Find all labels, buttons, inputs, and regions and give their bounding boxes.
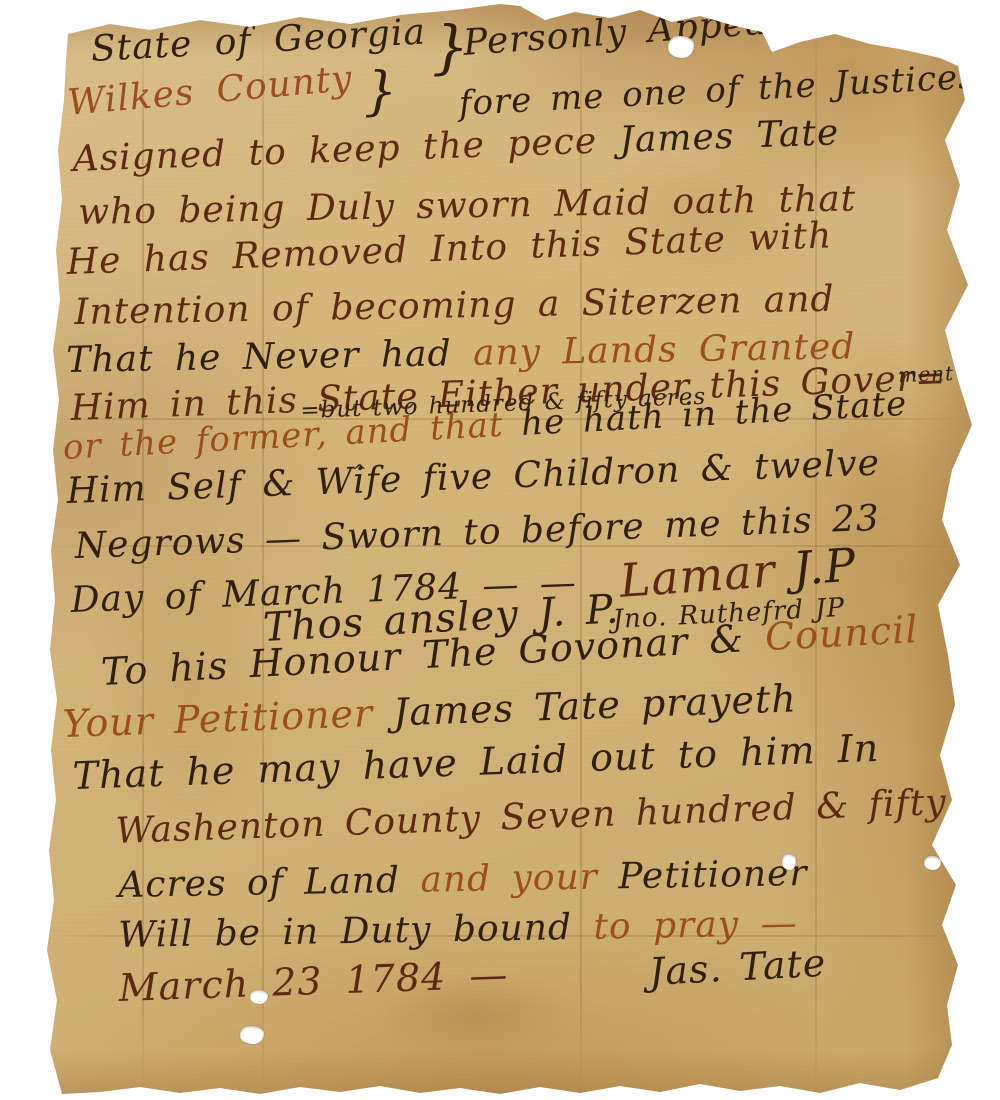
line-asigned: Asigned to keep the pece James Tate [72, 113, 840, 179]
browned-edge-top [0, 0, 1000, 62]
line-that-he-never: That he Never had any Lands Granted [66, 327, 856, 380]
fold-crease-horizontal [55, 935, 960, 937]
line-day-of-march: Day of March 1784 — — [70, 563, 577, 620]
paper-hole [924, 856, 941, 870]
signature-rutherford: Jno. Ruthefrd JP [612, 594, 846, 635]
fold-crease-horizontal [55, 418, 960, 420]
ink-segment: Jno. Ruthefrd JP [612, 593, 846, 635]
line-your-petitioner: Your Petitioner James Tate prayeth [62, 678, 797, 745]
ink-segment: and your [420, 856, 619, 900]
ink-segment: March 23 1784 — [118, 952, 509, 1010]
ink-segment: any Lands Granted [473, 326, 856, 374]
fold-crease-vertical [580, 20, 582, 1092]
ink-segment: James Tate prayeth [392, 676, 797, 734]
paper-hole [668, 36, 694, 58]
ink-segment: Wilkes County [66, 58, 354, 124]
ink-segment: =but two hundred & fifty acres [300, 384, 707, 424]
line-who-being: who being Duly sworn Maid oath that [78, 179, 857, 232]
line-wilkes-county: Wilkes County [66, 59, 354, 123]
ink-segment: That he Never had [66, 333, 473, 381]
manuscript-paper: State of Georgia}Personly Appeared beWil… [0, 0, 1000, 1100]
browned-edge-bottom [0, 1045, 1000, 1100]
ink-segment: Council [764, 607, 920, 659]
ink-segment: Washenton County Seven hundred & fifty [115, 782, 947, 852]
line-negrows-sworn: Negrows — Sworn to before me this 23 [74, 499, 880, 567]
ink-segment: ^ [352, 461, 368, 482]
ink-segment: Will be in Duty bound [118, 907, 594, 956]
line-to-his-honour: To his Honour The Govonar & Council [100, 609, 919, 694]
ink-segment: That he may have Laid out to him In [72, 726, 880, 798]
ink-segment: He has Removed Into this State with [66, 215, 833, 283]
ink-segment: Negrows — Sworn to before me this 23 [74, 498, 881, 567]
line-will-be-in-duty: Will be in Duty bound to pray — [118, 904, 798, 955]
fold-crease-horizontal [55, 545, 960, 547]
stain-smudge [600, 140, 820, 290]
paper-hole [782, 854, 796, 870]
ink-segment: who being Duly sworn Maid oath that [78, 178, 857, 233]
ink-segment: } [432, 13, 470, 81]
stain-smudge [90, 520, 290, 840]
ink-segment: to pray — [593, 903, 798, 948]
ink-segment: Lamar [618, 542, 795, 608]
interline-insertion: =but two hundred & fifty acres [300, 385, 707, 424]
ink-segment: Acres of Land [118, 860, 421, 906]
fold-crease-vertical [815, 20, 817, 1092]
ink-segment: Day of March 1784 — — [70, 562, 578, 621]
paper-hole [240, 1026, 264, 1044]
line-state-of-georgia: State of Georgia [90, 12, 427, 69]
brace-2: } [364, 64, 398, 121]
paper-hole [250, 990, 268, 1004]
ink-segment: fore me one of the Justices [458, 57, 978, 124]
fold-crease-vertical [142, 20, 144, 1092]
ink-segment: } [364, 62, 398, 122]
ink-segment: To his Honour The Govonar & [100, 615, 766, 694]
ink-segment: Your Petitioner [62, 690, 394, 746]
ink-segment: he hath in the State [520, 384, 908, 444]
ink-segment: Petitioner [618, 853, 808, 897]
browned-edge-left [0, 0, 55, 1100]
line-acres-of-land: Acres of Land and your Petitioner [118, 854, 808, 906]
line-him-in-this-state: Him in this State Either under this Gove… [70, 358, 947, 428]
line-intention: Intention of becoming a Siterzen and [74, 280, 835, 333]
ink-segment: Him Self & Wife five Childron & twelve [66, 443, 881, 512]
line-fore-me: fore me one of the Justices [458, 59, 977, 123]
ink-segment: J.P [791, 537, 858, 595]
insertion-caret: ^ [352, 462, 368, 482]
line-him-self-wife: Him Self & Wife five Childron & twelve [66, 444, 881, 512]
scan-background: State of Georgia}Personly Appeared beWil… [0, 0, 1000, 1100]
ink-segment: Intention of becoming a Siterzen and [74, 279, 835, 333]
signature-jas-tate: Jas. Tate [648, 943, 827, 994]
ink-segment: ment [898, 361, 955, 387]
fold-crease-vertical [262, 20, 264, 1092]
superscript-ment: ment [898, 362, 954, 386]
signature-thos-ansley: Thos ansley J. P. [262, 587, 620, 650]
ink-segment: James Tate [619, 112, 840, 161]
ink-segment: State of Georgia [90, 11, 427, 69]
ink-segment: Thos ansley J. P. [262, 586, 620, 651]
stain-smudge [380, 975, 570, 1055]
line-that-he-may-have: That he may have Laid out to him In [72, 728, 880, 798]
ink-segment: Him in this State Either under this Gove… [70, 357, 947, 429]
line-washenton-county: Washenton County Seven hundred & fifty [115, 783, 947, 852]
stain-smudge [800, 330, 950, 590]
line-march-23-1784: March 23 1784 — [118, 954, 509, 1009]
brace-1: } [432, 16, 470, 80]
signature-lamar: Lamar J.P [618, 539, 858, 606]
ink-segment: Asigned to keep the pece [72, 120, 620, 180]
ink-segment: or the former, and that [62, 404, 522, 468]
browned-edge-right [890, 0, 1000, 1100]
paper-texture [0, 0, 1000, 1100]
ink-segment: Jas. Tate [648, 941, 827, 994]
line-he-has-removed: He has Removed Into this State with [66, 216, 833, 282]
stain-smudge [300, 60, 560, 180]
line-or-the-former: or the former, and that he hath in the S… [62, 386, 908, 468]
